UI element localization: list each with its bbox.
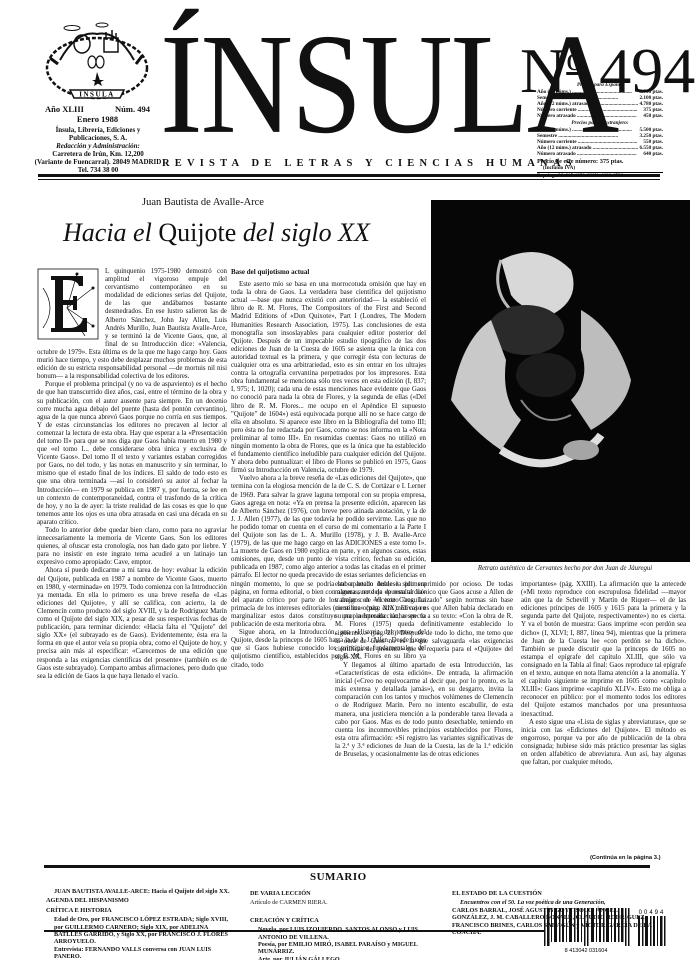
continued-note: (Continúa en la página 3.) xyxy=(590,855,661,861)
paragraph: Y llegamos al último apartado de esta In… xyxy=(335,662,513,759)
redaccion-label: Redacción y Administración: xyxy=(38,142,158,150)
sumario-section-agenda: AGENDA DEL HISPANISMO xyxy=(46,897,231,904)
article-title: Hacia el Quijote del siglo XX xyxy=(63,218,370,248)
barcode: 00494 8 413042 031604 xyxy=(540,908,676,952)
article-author: Juan Bautista de Avalle-Arce xyxy=(142,197,264,208)
publisher: Ínsula, Librería, Ediciones y Publicacio… xyxy=(38,126,158,142)
masthead-rule-thin xyxy=(38,179,660,180)
drop-cap-e-icon xyxy=(37,268,99,340)
masthead-subtitle: REVISTA DE LETRAS Y CIENCIAS HUMANAS xyxy=(162,158,577,169)
paragraph: importantes» (pág. XXIII). La afirmación… xyxy=(521,581,686,719)
sumario-left: JUAN BAUTISTA AVALLE-ARCE: Hacia el Quij… xyxy=(46,888,231,960)
svg-text:00494: 00494 xyxy=(639,910,666,916)
paragraph: Todo lo anterior debe quedar bien claro,… xyxy=(37,527,227,567)
svg-text:INSULA: INSULA xyxy=(79,91,114,99)
article-column-1: L quinquenio 1975-1980 demostró con ampl… xyxy=(37,268,227,681)
sumario-middle: DE VARIA LECCIÓN Artículo de CARMEN RIER… xyxy=(250,888,420,960)
sumario-section-varia: DE VARIA LECCIÓN xyxy=(250,890,420,897)
cervantes-portrait xyxy=(431,200,690,562)
year-volume: Año XLIII xyxy=(45,104,84,114)
address-line-2: (Variante de Fuencarral). 28049 MADRID xyxy=(30,158,166,166)
sumario-encuentros: Encuentros con el 50. La voz poética de … xyxy=(452,899,652,906)
phone: Tel. 734 38 00 xyxy=(30,166,166,174)
svg-text:8 413042 031604: 8 413042 031604 xyxy=(565,948,608,952)
sumario-articulo: Artículo de CARMEN RIERA. xyxy=(250,899,420,906)
price-box: Precios para España: Año (12 núms.)3.750… xyxy=(537,81,663,180)
paragraph: este apartado hubiese sido suprimido por… xyxy=(335,581,513,662)
price-row: Número atrasado640 ptas. xyxy=(537,151,663,157)
article-column-4: importantes» (pág. XXIII). La afirmación… xyxy=(521,581,686,767)
sumario-section-creacion: CREACIÓN Y CRÍTICA xyxy=(250,917,420,924)
masthead-rule xyxy=(38,174,660,177)
photo-caption: Retrato auténtico de Cervantes hecho por… xyxy=(440,565,690,572)
section-heading: Base del quijotismo actual xyxy=(231,268,426,276)
insula-logo: INSULA xyxy=(42,20,152,106)
sumario-title: SUMARIO xyxy=(310,871,367,883)
paragraph: Este aserto mío se basa en una morrocotu… xyxy=(231,281,426,475)
sumario-entrevista: Entrevista: FERNANDO VALLS conversa con … xyxy=(46,946,231,960)
paragraph: A esto sigue una «Lista de siglas y abre… xyxy=(521,719,686,768)
address: Carretera de Irún, Km. 12,200 (Variante … xyxy=(30,150,166,174)
sumario-section-estado: EL ESTADO DE LA CUESTIÓN xyxy=(452,890,652,897)
issue-date: Enero 1988 xyxy=(45,114,150,124)
sumario-poesia: Poesía, por EMILIO MIRÓ, ISABEL PARAÍSO … xyxy=(250,941,420,956)
portrait-image xyxy=(431,200,690,562)
sumario-lead-article: JUAN BAUTISTA AVALLE-ARCE: Hacia el Quij… xyxy=(46,888,231,895)
issue-number: Núm. 494 xyxy=(115,104,150,114)
article-column-3: este apartado hubiese sido suprimido por… xyxy=(335,581,513,759)
spain-prices-header: Precios para España: xyxy=(537,82,663,88)
iva-note: (Incluido IVA) xyxy=(537,165,663,171)
abroad-prices-header: Precios para el extranjero: xyxy=(537,120,663,126)
price-row: Número atrasado450 ptas. xyxy=(537,113,663,119)
paragraph: Ahora sí puedo dedicarme a mi tarea de h… xyxy=(37,567,227,680)
sumario-arte: Arte, por JULIÁN GÁLLEGO. xyxy=(250,956,420,960)
island-emblem-icon: INSULA xyxy=(42,20,152,106)
sumario-rule-top xyxy=(44,865,650,868)
sumario-rule-bottom xyxy=(44,930,544,932)
issue-info: Año XLIII Núm. 494 xyxy=(45,104,150,114)
paragraph: Porque el problema principal (y no va de… xyxy=(37,381,227,527)
sumario-section-critica: CRÍTICA E HISTORIA xyxy=(46,907,231,914)
address-line-1: Carretera de Irún, Km. 12,200 xyxy=(30,150,166,158)
barcode-icon: 00494 8 413042 031604 xyxy=(540,908,676,952)
sumario-novela: Novela, por LUIS IZQUIERDO, SANTOS ALONS… xyxy=(250,926,420,941)
